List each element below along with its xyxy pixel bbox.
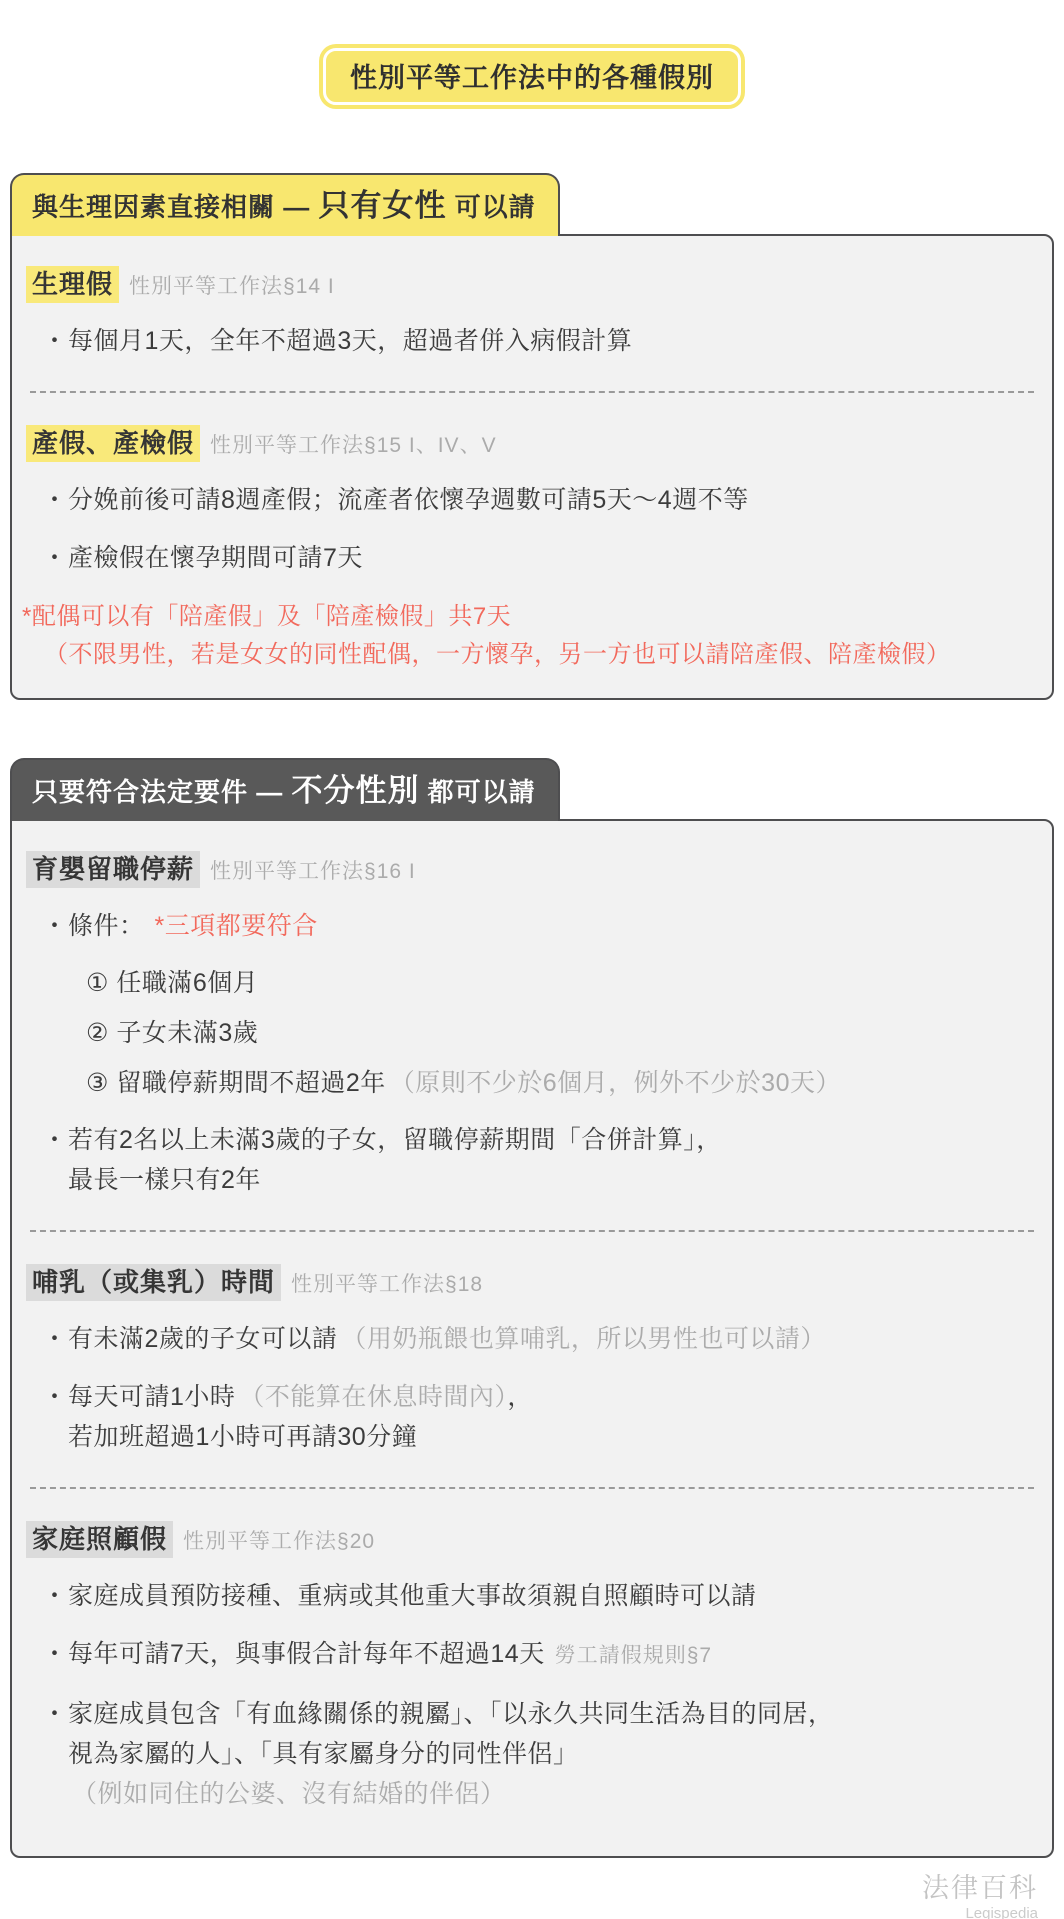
bullet-tail: ，	[507, 1383, 533, 1411]
header-emphasis: 只有女性	[318, 188, 446, 223]
leave-name: 育嬰留職停薪	[26, 851, 200, 888]
header-text-post: 都可以請	[419, 777, 535, 807]
subitem-text: ① 任職滿6個月	[86, 969, 258, 997]
header-text-post: 可以請	[446, 192, 535, 222]
maternity-leave-rule-1: 分娩前後可請8週產假；流產者依懷孕週數可請5天～4週不等	[12, 480, 1052, 520]
infographic-page: 性別平等工作法中的各種假別 與生理因素直接相關 — 只有女性 可以請 生理假性別…	[0, 0, 1064, 1919]
law-reference: 性別平等工作法§15 I、IV、V	[210, 434, 497, 457]
law-reference: 性別平等工作法§14 I	[129, 275, 335, 298]
parental-leave-condition-1: ① 任職滿6個月	[12, 964, 1052, 1002]
leave-name: 生理假	[26, 266, 119, 303]
subitem-note: （原則不少於6個月，例外不少於30天）	[390, 1069, 841, 1097]
dashed-divider	[30, 391, 1034, 393]
law-reference-inline: 勞工請假規則§7	[555, 1644, 712, 1667]
bullet-line2: 最長一樣只有2年	[68, 1160, 1032, 1200]
title-area: 性別平等工作法中的各種假別	[0, 0, 1064, 109]
section-any-gender: 只要符合法定要件 — 不分性別 都可以請 育嬰留職停薪性別平等工作法§16 I …	[10, 758, 1054, 1858]
section-female-only-header: 與生理因素直接相關 — 只有女性 可以請	[10, 173, 560, 236]
law-reference: 性別平等工作法§16 I	[210, 860, 416, 883]
bullet-text: 分娩前後可請8週產假；流產者依懷孕週數可請5天～4週不等	[68, 486, 749, 514]
leave-name: 產假、產檢假	[26, 425, 200, 462]
spouse-leave-note-line1: *配偶可以有「陪產假」及「陪產檢假」共7天	[22, 598, 1046, 636]
subitem-text: ② 子女未滿3歲	[86, 1019, 258, 1047]
item-parental-leave-heading: 育嬰留職停薪性別平等工作法§16 I	[12, 849, 1052, 886]
family-care-rule-1: 家庭成員預防接種、重病或其他重大事故須親自照顧時可以請	[12, 1576, 1052, 1616]
header-text-pre: 與生理因素直接相關 —	[32, 192, 318, 222]
bullet-text: 家庭成員預防接種、重病或其他重大事故須親自照顧時可以請	[68, 1582, 757, 1610]
item-family-care-leave-heading: 家庭照顧假性別平等工作法§20	[12, 1519, 1052, 1556]
section-female-only-body: 生理假性別平等工作法§14 I 每個月1天，全年不超過3天，超過者併入病假計算 …	[10, 234, 1054, 700]
item-nursing-time-heading: 哺乳（或集乳）時間性別平等工作法§18	[12, 1262, 1052, 1299]
page-title: 性別平等工作法中的各種假別	[323, 48, 741, 105]
bullet-line2: 若加班超過1小時可再請30分鐘	[68, 1417, 1032, 1457]
bullet-text: 每年可請7天，與事假合計每年不超過14天	[68, 1640, 545, 1668]
bullet-note: （例如同住的公婆、沒有結婚的伴侶）	[72, 1774, 1032, 1814]
parental-leave-condition-2: ② 子女未滿3歲	[12, 1014, 1052, 1052]
section-any-gender-header: 只要符合法定要件 — 不分性別 都可以請	[10, 758, 560, 821]
page-title-pill: 性別平等工作法中的各種假別	[319, 44, 745, 109]
law-reference: 性別平等工作法§20	[183, 1530, 375, 1553]
brand-logo-en: Legispedia	[0, 1906, 1038, 1919]
section-female-only: 與生理因素直接相關 — 只有女性 可以請 生理假性別平等工作法§14 I 每個月…	[10, 173, 1054, 700]
leave-name: 家庭照顧假	[26, 1521, 173, 1558]
nursing-time-rule-2: 每天可請1小時（不能算在休息時間內）， 若加班超過1小時可再請30分鐘	[12, 1377, 1052, 1457]
bullet-text: 有未滿2歲的子女可以請	[68, 1325, 337, 1353]
dashed-divider	[30, 1230, 1034, 1232]
bullet-note: （用奶瓶餵也算哺乳，所以男性也可以請）	[341, 1325, 826, 1353]
item-maternity-leave-heading: 產假、產檢假性別平等工作法§15 I、IV、V	[12, 423, 1052, 460]
maternity-leave-rule-2: 產檢假在懷孕期間可請7天	[12, 538, 1052, 578]
header-emphasis: 不分性別	[291, 773, 419, 808]
law-reference: 性別平等工作法§18	[291, 1273, 483, 1296]
condition-label: 條件：	[68, 912, 145, 940]
family-care-rule-2: 每年可請7天，與事假合計每年不超過14天勞工請假規則§7	[12, 1634, 1052, 1676]
parental-leave-combined-rule: 若有2名以上未滿3歲的子女，留職停薪期間「合併計算」， 最長一樣只有2年	[12, 1120, 1052, 1200]
dashed-divider	[30, 1487, 1034, 1489]
item-menstrual-leave-heading: 生理假性別平等工作法§14 I	[12, 264, 1052, 301]
condition-note-red: *三項都要符合	[155, 912, 318, 940]
nursing-time-rule-1: 有未滿2歲的子女可以請（用奶瓶餵也算哺乳，所以男性也可以請）	[12, 1319, 1052, 1359]
bullet-text: 產檢假在懷孕期間可請7天	[68, 544, 363, 572]
bullet-line1: 若有2名以上未滿3歲的子女，留職停薪期間「合併計算」，	[68, 1120, 1032, 1160]
menstrual-leave-rule: 每個月1天，全年不超過3天，超過者併入病假計算	[12, 321, 1052, 361]
parental-leave-condition-3: ③ 留職停薪期間不超過2年（原則不少於6個月，例外不少於30天）	[12, 1064, 1052, 1102]
subitem-text: ③ 留職停薪期間不超過2年	[86, 1069, 386, 1097]
spouse-leave-note: *配偶可以有「陪產假」及「陪產檢假」共7天 （不限男性，若是女女的同性配偶，一方…	[12, 598, 1052, 674]
bullet-line2: 視為家屬的人」、「具有家屬身分的同性伴侶」	[68, 1734, 1032, 1774]
bullet-line1: 每天可請1小時（不能算在休息時間內），	[68, 1377, 1032, 1417]
leave-name: 哺乳（或集乳）時間	[26, 1264, 281, 1301]
brand-logo-zh: 法律百科	[0, 1874, 1038, 1904]
spouse-leave-note-line2: （不限男性，若是女女的同性配偶，一方懷孕，另一方也可以請陪產假、陪產檢假）	[22, 636, 1046, 674]
bullet-text: 每個月1天，全年不超過3天，超過者併入病假計算	[68, 327, 632, 355]
section-any-gender-body: 育嬰留職停薪性別平等工作法§16 I 條件：*三項都要符合 ① 任職滿6個月 ②…	[10, 819, 1054, 1858]
header-text-pre: 只要符合法定要件 —	[32, 777, 291, 807]
parental-leave-conditions-label: 條件：*三項都要符合	[12, 906, 1052, 946]
family-care-rule-3: 家庭成員包含「有血緣關係的親屬」、「以永久共同生活為目的同居， 視為家屬的人」、…	[12, 1694, 1052, 1814]
bullet-note: （不能算在休息時間內）	[239, 1383, 507, 1411]
bullet-line1: 家庭成員包含「有血緣關係的親屬」、「以永久共同生活為目的同居，	[68, 1694, 1032, 1734]
brand-footer: 法律百科 Legispedia	[0, 1874, 1038, 1919]
bullet-text: 每天可請1小時	[68, 1383, 235, 1411]
